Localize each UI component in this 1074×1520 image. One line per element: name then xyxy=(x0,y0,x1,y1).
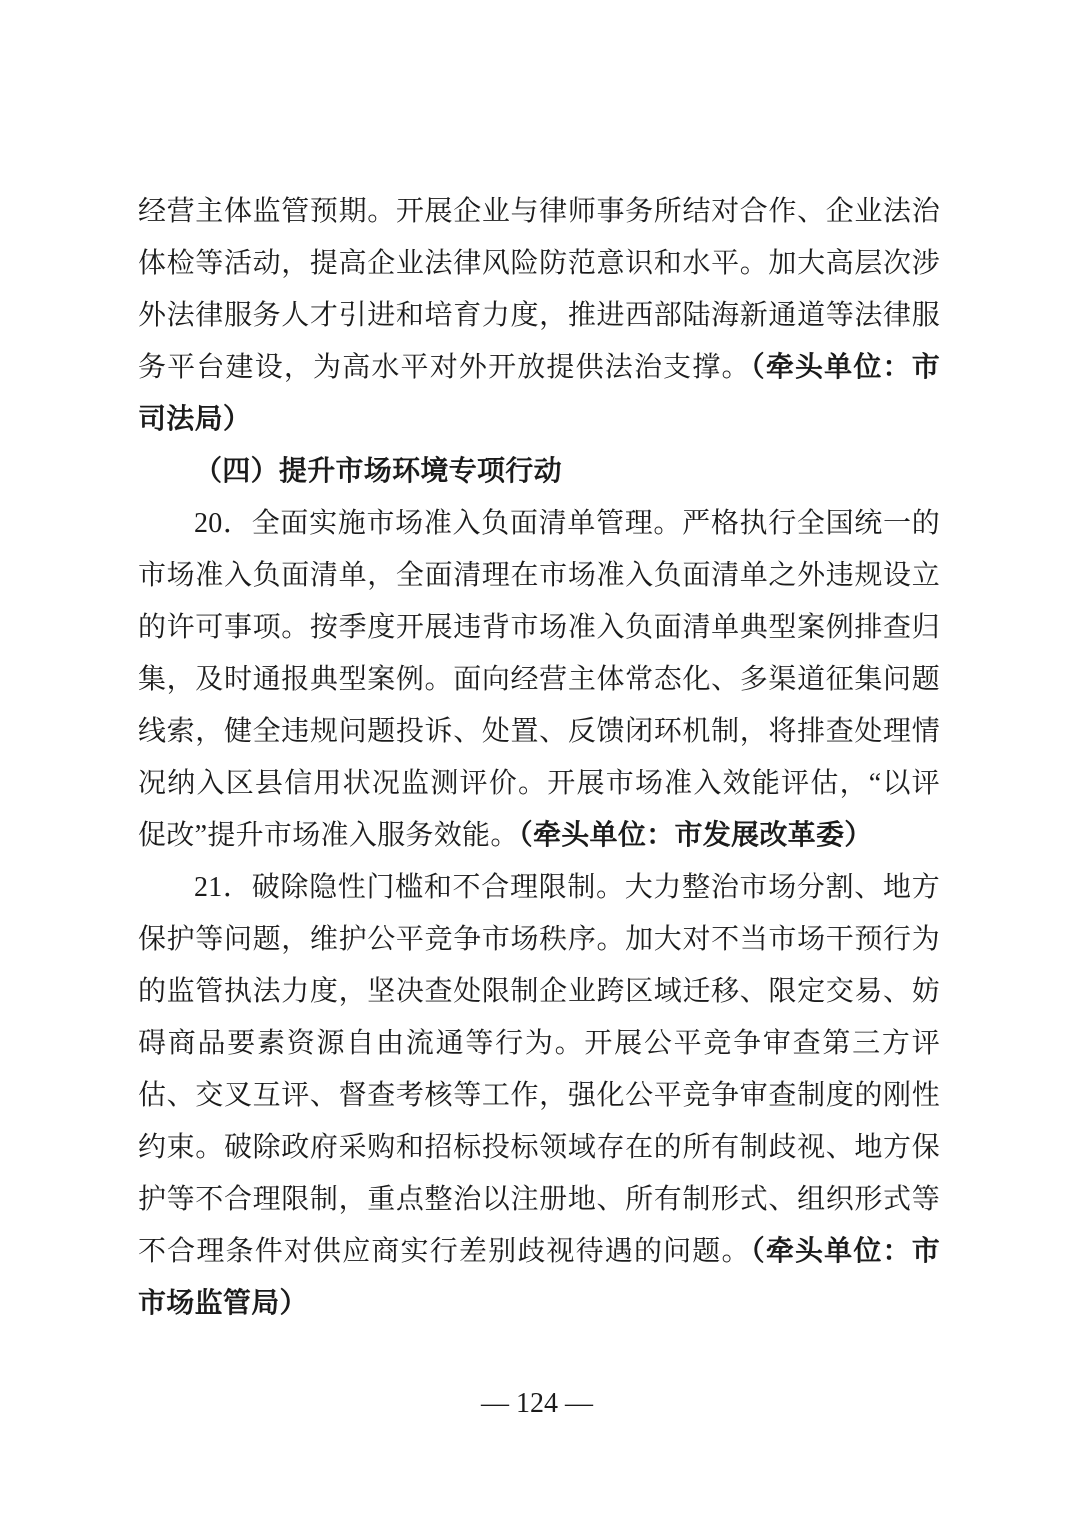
lead-unit-label: （牵头单位：市发展改革委） xyxy=(519,820,873,851)
heading-section-4: （四）提升市场环境专项行动 xyxy=(138,446,940,498)
heading-text: （四）提升市场环境专项行动 xyxy=(194,456,562,487)
page-footer: — 124 — xyxy=(0,1384,1074,1424)
body-text: 21．破除隐性门槛和不合理限制。大力整治市场分割、地方保护等问题，维护公平竞争市… xyxy=(138,872,940,1267)
body-text: 20．全面实施市场准入负面清单管理。严格执行全国统一的市场准入负面清单，全面清理… xyxy=(138,508,940,851)
para-item-20-market-access-negative-list: 20．全面实施市场准入负面清单管理。严格执行全国统一的市场准入负面清单，全面清理… xyxy=(138,498,940,862)
page-number: — 124 — xyxy=(481,1388,593,1419)
document-body: 经营主体监管预期。开展企业与律师事务所结对合作、企业法治体检等活动，提高企业法律… xyxy=(138,186,940,1330)
document-page: 经营主体监管预期。开展企业与律师事务所结对合作、企业法治体检等活动，提高企业法律… xyxy=(0,0,1074,1520)
para-continuation-legal-services: 经营主体监管预期。开展企业与律师事务所结对合作、企业法治体检等活动，提高企业法律… xyxy=(138,186,940,446)
para-item-21-remove-hidden-barriers: 21．破除隐性门槛和不合理限制。大力整治市场分割、地方保护等问题，维护公平竞争市… xyxy=(138,862,940,1330)
